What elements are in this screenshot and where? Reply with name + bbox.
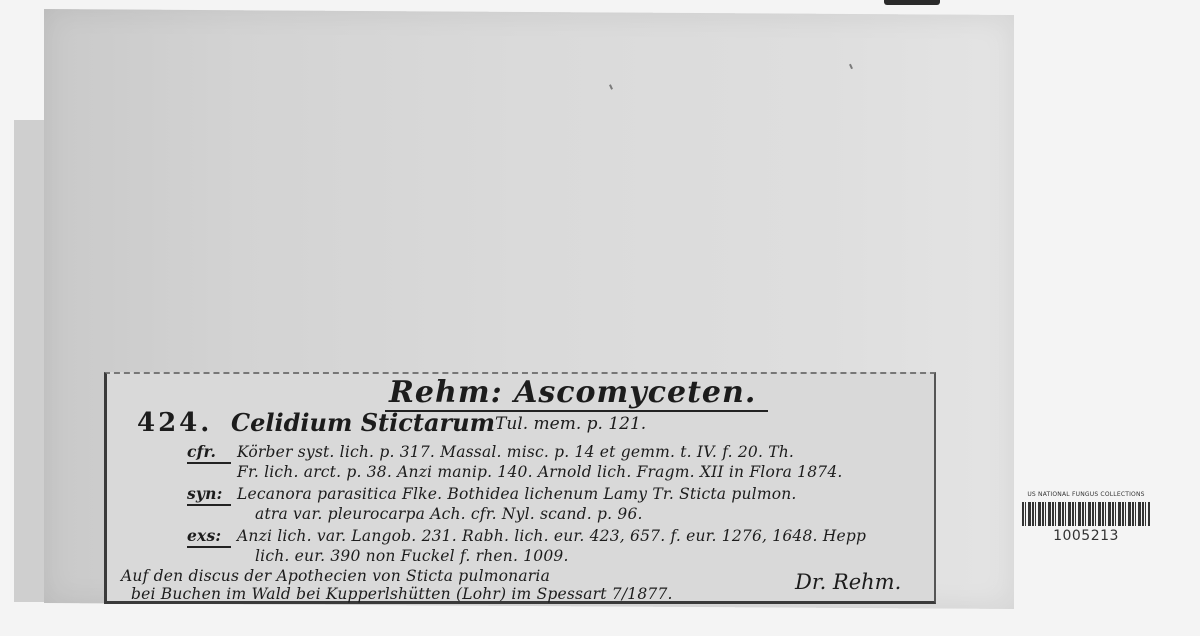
barcode-label: US NATIONAL FUNGUS COLLECTIONS 1005213 [1014,491,1158,557]
barcode-number: 1005213 [1014,528,1158,544]
packet-edge [14,120,48,602]
debris-mark [849,64,853,69]
label-heading: Rehm: Ascomyceten. [385,376,768,412]
label-line: cfr.Körber syst. lich. p. 317. Massal. m… [187,442,794,464]
label-text: Auf den discus der Apothecien von Sticta… [121,567,550,585]
collector-signature: Dr. Rehm. [795,570,901,594]
species-name: Celidium Stictarum [231,408,495,437]
label-text: bei Buchen im Wald bei Kupperlshütten (L… [131,585,673,603]
label-line: Auf den discus der Apothecien von Sticta… [121,566,550,586]
label-line: syn:Lecanora parasitica Flke. Bothidea l… [187,484,797,506]
label-text: atra var. pleurocarpa Ach. cfr. Nyl. sca… [255,505,643,523]
label-line: Fr. lich. arct. p. 38. Anzi manip. 140. … [237,462,843,482]
specimen-label: Rehm: Ascomyceten. 424. Celidium Stictar… [104,372,936,604]
label-text: Körber syst. lich. p. 317. Massal. misc.… [237,443,794,461]
label-line: lich. eur. 390 non Fuckel f. rhen. 1009. [255,546,569,566]
label-text: Lecanora parasitica Flke. Bothidea liche… [237,485,797,503]
barcode-institution: US NATIONAL FUNGUS COLLECTIONS [1014,491,1158,499]
label-key: exs: [187,526,231,548]
species-authority: Tul. mem. p. 121. [495,414,646,434]
label-text: Fr. lich. arct. p. 38. Anzi manip. 140. … [237,463,843,481]
label-line: exs:Anzi lich. var. Langob. 231. Rabh. l… [187,526,866,548]
packet-tab [884,0,940,5]
label-text: Anzi lich. var. Langob. 231. Rabh. lich.… [237,527,866,545]
barcode-icon [1022,502,1150,526]
debris-mark [609,84,613,89]
label-key: syn: [187,484,231,506]
label-line: bei Buchen im Wald bei Kupperlshütten (L… [131,584,673,604]
label-key: cfr. [187,442,231,464]
label-line: atra var. pleurocarpa Ach. cfr. Nyl. sca… [255,504,643,524]
exsiccata-number: 424. [137,408,212,438]
label-text: lich. eur. 390 non Fuckel f. rhen. 1009. [255,547,569,565]
